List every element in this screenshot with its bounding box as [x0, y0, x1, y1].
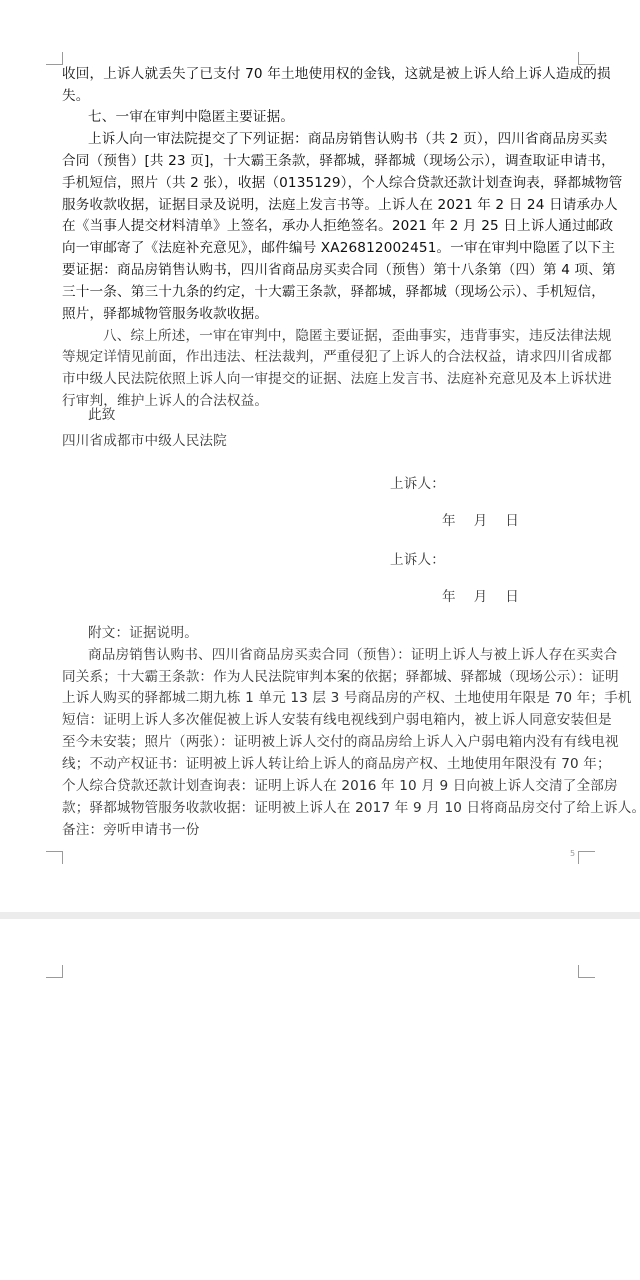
body-line: 要证据：商品房销售认购书，四川省商品房买卖合同（预售）第十八条第（四）第 4 项…	[62, 260, 616, 280]
appendix-line: 至今未安装；照片（两张）：证明被上诉人交付的商品房给上诉人入户弱电箱内没有有线电…	[62, 732, 619, 752]
page-separator	[0, 912, 640, 919]
corner-mark-top-left	[46, 965, 63, 978]
body-line: 照片，驿都城物管服务收款收据。	[62, 304, 268, 324]
body-line: 向一审邮寄了《法庭补充意见》，邮件编号 XA26812002451。一审在审判中…	[62, 238, 615, 258]
salutation: 此致	[88, 405, 116, 425]
signature-date: 年 月 日	[442, 587, 519, 607]
body-line: 收回，上诉人就丢失了已支付 70 年土地使用权的金钱，这就是被上诉人给上诉人造成…	[62, 64, 611, 84]
body-line: 上诉人向一审法院提交了下列证据：商品房销售认购书（共 2 页），四川省商品房买卖	[88, 129, 607, 149]
appendix-title: 附文：证据说明。	[88, 623, 198, 643]
corner-mark-bottom-right	[578, 851, 595, 864]
appendix-line: 线；不动产权证书：证明被上诉人转让给上诉人的商品房产权、土地使用年限没有 70 …	[62, 754, 611, 774]
section-heading: 七、一审在审判中隐匿主要证据。	[88, 107, 294, 127]
appendix-note: 备注：旁听申请书一份	[62, 820, 199, 840]
document-page-5: 收回，上诉人就丢失了已支付 70 年土地使用权的金钱，这就是被上诉人给上诉人造成…	[0, 0, 640, 912]
appendix-line: 商品房销售认购书、四川省商品房买卖合同（预售）：证明上诉人与被上诉人存在买卖合	[88, 645, 617, 665]
appendix-line: 上诉人购买的驿都城二期九栋 1 单元 13 层 3 号商品房的产权、土地使用年限…	[62, 688, 632, 708]
signature-date: 年 月 日	[442, 511, 519, 531]
section-heading: 八、综上所述，一审在审判中，隐匿主要证据，歪曲事实，违背事实，违反法律法规	[103, 326, 612, 346]
corner-mark-bottom-left	[46, 851, 63, 864]
body-line: 三十一条、第三十九条的约定，十大霸王条款，驿都城，驿都城（现场公示）、手机短信，	[62, 282, 605, 302]
appellant-signature-label: 上诉人：	[390, 550, 445, 570]
document-page-6[interactable]	[0, 919, 640, 1280]
body-line: 在《当事人提交材料清单》上签名，承办人拒绝签名。2021 年 2 月 25 日上…	[62, 216, 613, 236]
appendix-line: 个人综合贷款还款计划查询表：证明上诉人在 2016 年 10 月 9 日向被上诉…	[62, 776, 618, 796]
appendix-line: 短信：证明上诉人多次催促被上诉人安装有线电视线到户弱电箱内，被上诉人同意安装但是	[62, 710, 612, 730]
appellant-signature-label: 上诉人：	[390, 474, 445, 494]
appendix-line: 同关系；十大霸王条款：作为人民法院审判本案的依据；驿都城、驿都城（现场公示）：证…	[62, 667, 619, 687]
body-line: 手机短信，照片（共 2 张），收据（0135129），个人综合贷款还款计划查询表…	[62, 173, 623, 193]
body-line: 市中级人民法院依照上诉人向一审提交的证据、法庭上发言书、法庭补充意见及本上诉状进	[62, 369, 612, 389]
appendix-line: 款；驿都城物管服务收款收据：证明被上诉人在 2017 年 9 月 10 日将商品…	[62, 798, 640, 818]
corner-mark-top-right	[578, 965, 595, 978]
body-line: 失。	[62, 86, 90, 106]
corner-mark-top-left	[46, 52, 63, 65]
court-name: 四川省成都市中级人民法院	[62, 431, 227, 451]
body-line: 合同（预售）[共 23 页]，十大霸王条款，驿都城，驿都城（现场公示），调查取证…	[62, 151, 615, 171]
body-line: 服务收款收据，证据目录及说明，法庭上发言书等。上诉人在 2021 年 2 日 2…	[62, 195, 618, 215]
page-number: 5	[570, 849, 575, 858]
body-line: 等规定详情见前面，作出违法、枉法裁判，严重侵犯了上诉人的合法权益，请求四川省成都	[62, 347, 612, 367]
